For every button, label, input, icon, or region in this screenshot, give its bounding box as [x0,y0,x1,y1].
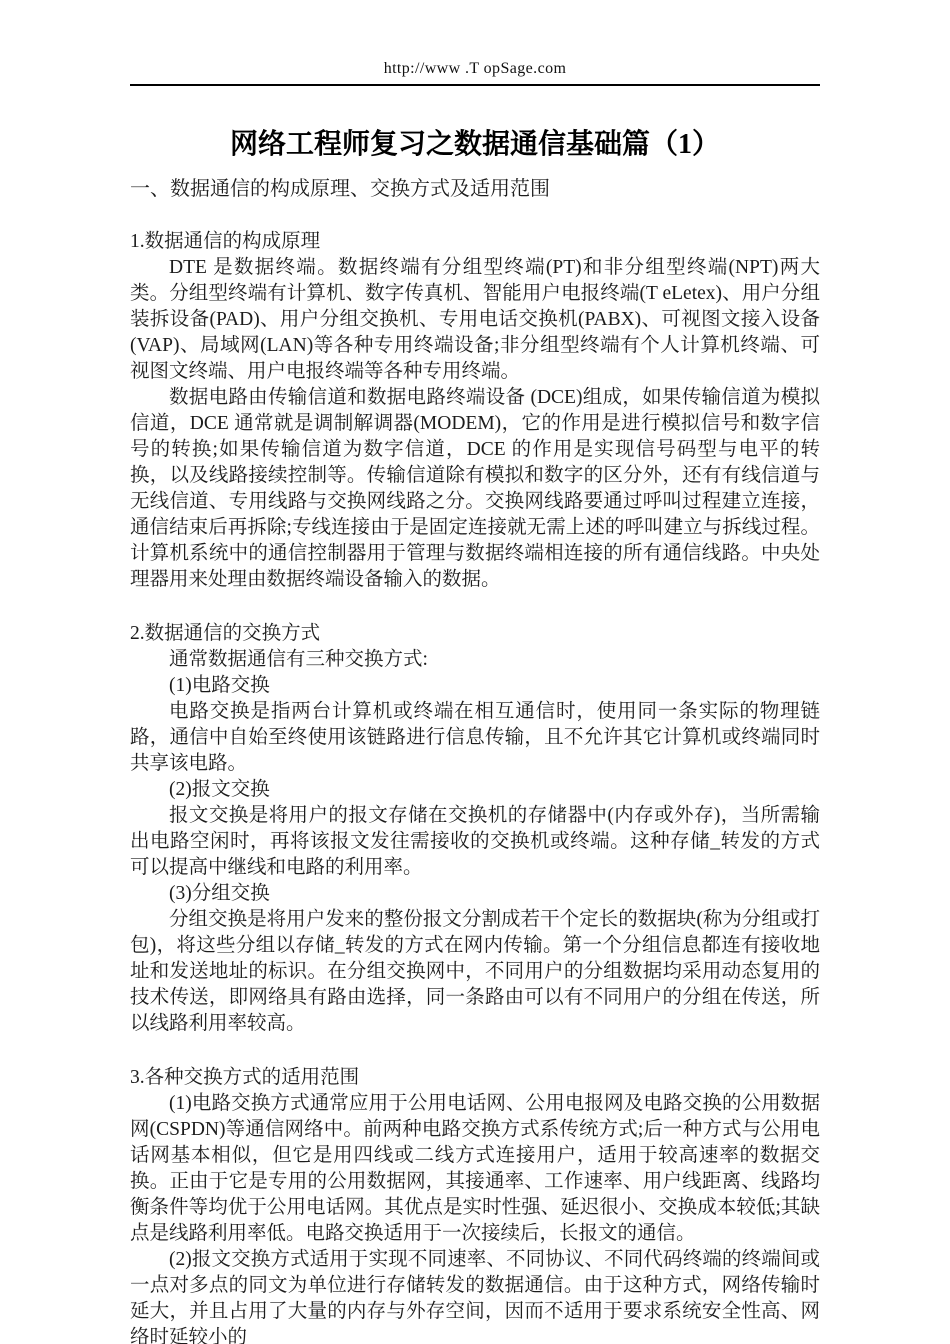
subheading-message-switching: (2)报文交换 [130,777,820,803]
numbered-heading-2: 2.数据通信的交换方式 [130,621,820,647]
numbered-heading-1: 1.数据通信的构成原理 [130,229,820,255]
page-header: http://www .T opSage.com [130,60,820,86]
paragraph-dte-terminals: DTE 是数据终端。数据终端有分组型终端(PT)和非分组型终端(NPT)两大类。… [130,255,820,385]
section-heading: 一、数据通信的构成原理、交换方式及适用范围 [130,172,820,201]
subheading-packet-switching: (3)分组交换 [130,881,820,907]
paragraph-circuit-switching: 电路交换是指两台计算机或终端在相互通信时，使用同一条实际的物理链路，通信中自始至… [130,699,820,777]
subheading-circuit-switching: (1)电路交换 [130,673,820,699]
document-title: 网络工程师复习之数据通信基础篇（1） [130,122,820,162]
numbered-heading-3: 3.各种交换方式的适用范围 [130,1065,820,1091]
header-url: http://www .T opSage.com [130,60,820,78]
paragraph-circuit-switching-scope: (1)电路交换方式通常应用于公用电话网、公用电报网及电路交换的公用数据网(CSP… [130,1091,820,1247]
paragraph-data-circuit-dce: 数据电路由传输信道和数据电路终端设备 (DCE)组成，如果传输信道为模拟信道，D… [130,385,820,593]
paragraph-message-switching-scope: (2)报文交换方式适用于实现不同速率、不同协议、不同代码终端的终端间或一点对多点… [130,1247,820,1344]
header-rule-divider [130,84,820,86]
paragraph-three-switching-modes: 通常数据通信有三种交换方式: [130,647,820,673]
paragraph-message-switching: 报文交换是将用户的报文存储在交换机的存储器中(内存或外存)，当所需输出电路空闲时… [130,803,820,881]
document-page: http://www .T opSage.com 网络工程师复习之数据通信基础篇… [0,0,950,1344]
paragraph-packet-switching: 分组交换是将用户发来的整份报文分割成若干个定长的数据块(称为分组或打包)，将这些… [130,907,820,1037]
